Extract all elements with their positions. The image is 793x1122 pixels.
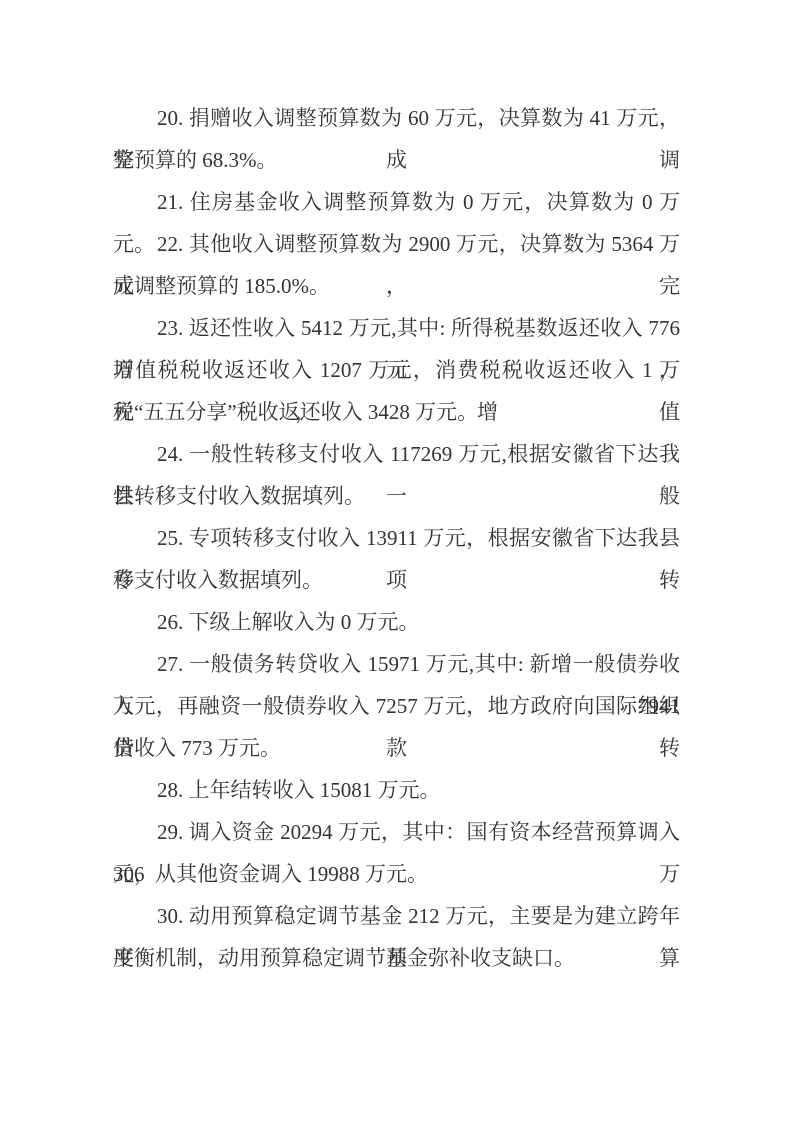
text-line: 27. 一般债务转贷收入 15971 万元,其中: 新增一般债券收入 7941 [113,643,680,685]
text-line: 20. 捐赠收入调整预算数为 60 万元，决算数为 41 万元，完成调 [113,97,680,139]
document-content: 20. 捐赠收入调整预算数为 60 万元，决算数为 41 万元，完成调整预算的 … [113,97,680,979]
text-line: 24. 一般性转移支付收入 117269 万元,根据安徽省下达我县一般 [113,433,680,475]
text-line: 25. 专项转移支付收入 13911 万元，根据安徽省下达我县专项转 [113,517,680,559]
text-line: 28. 上年结转收入 15081 万元。 [113,769,680,811]
text-line: 22. 其他收入调整预算数为 2900 万元，决算数为 5364 万元，完 [113,223,680,265]
document-page: 20. 捐赠收入调整预算数为 60 万元，决算数为 41 万元，完成调整预算的 … [0,0,793,1122]
text-line: 万元，再融资一般债券收入 7257 万元，地方政府向国际组织借款转 [113,685,680,727]
text-line: 增值税税收返还收入 1207 万元，消费税税收返还收入 1 万元，增值 [113,349,680,391]
text-line: 26. 下级上解收入为 0 万元。 [113,601,680,643]
text-line: 29. 调入资金 20294 万元，其中：国有资本经营预算调入 306 万 [113,811,680,853]
text-line: 23. 返还性收入 5412 万元,其中: 所得税基数返还收入 776 万元， [113,307,680,349]
text-line: 21. 住房基金收入调整预算数为 0 万元，决算数为 0 万元。 [113,181,680,223]
text-line: 30. 动用预算稳定调节基金 212 万元，主要是为建立跨年度预算 [113,895,680,937]
